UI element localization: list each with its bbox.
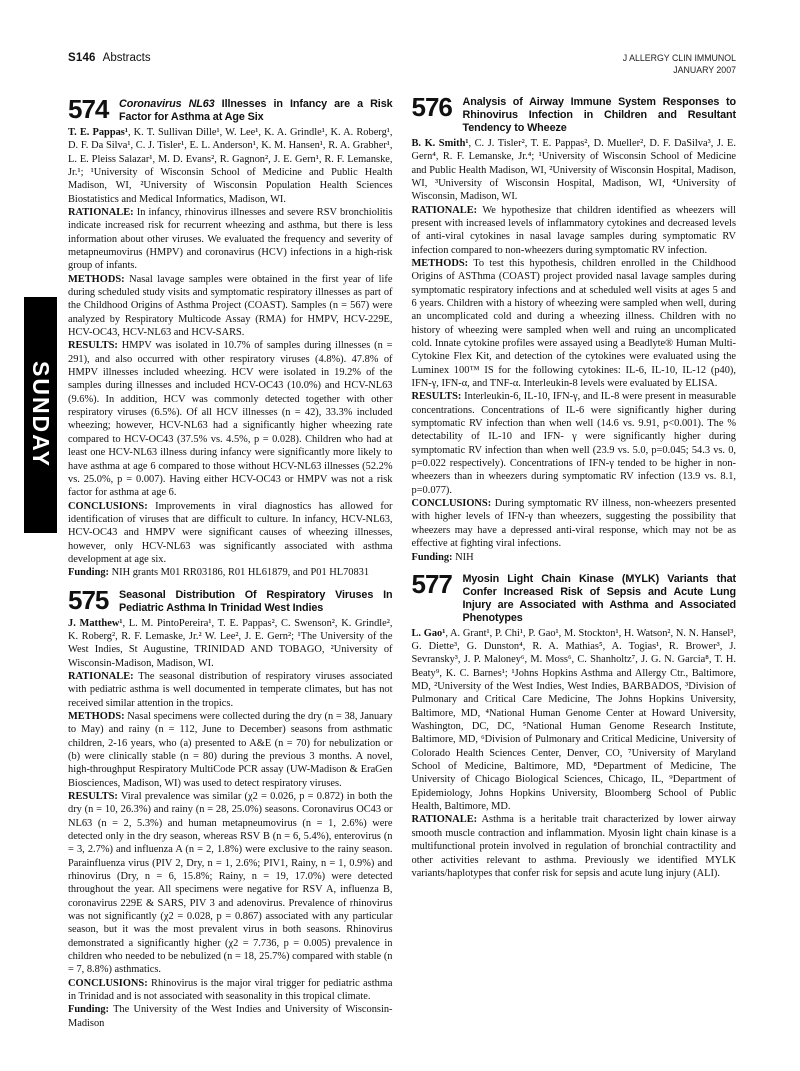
abstracts-columns: 574 Coronavirus NL63 Illnesses in Infanc…	[68, 95, 736, 1033]
abstract-authors: T. E. Pappas¹, K. T. Sullivan Dille¹, W.…	[68, 126, 393, 206]
journal-issue-date: JANUARY 2007	[623, 64, 736, 76]
running-head-right: J ALLERGY CLIN IMMUNOL JANUARY 2007	[623, 52, 736, 76]
authors-affiliations: , A. Grant¹, P. Chi¹, P. Gao¹, M. Stockt…	[412, 628, 737, 812]
paragraph-conclusions: CONCLUSIONS: Rhinovirus is the major vir…	[68, 977, 393, 1004]
abstract-authors: B. K. Smith¹, C. J. Tisler², T. E. Pappa…	[412, 137, 737, 204]
paragraph-results: RESULTS: Interleukin-6, IL-10, IFN-γ, an…	[412, 390, 737, 497]
abstract-number: 576	[412, 95, 456, 120]
paragraph-label: Funding:	[68, 1004, 109, 1015]
paragraph-funding: Funding: NIH	[412, 551, 737, 564]
day-tab: SUNDAY	[24, 297, 57, 533]
abstract-heading: 575 Seasonal Distribution Of Respiratory…	[68, 588, 393, 615]
paragraph-label: CONCLUSIONS:	[68, 978, 148, 989]
abstract-title: Myosin Light Chain Kinase (MYLK) Variant…	[463, 572, 737, 625]
paragraph-label: CONCLUSIONS:	[412, 498, 492, 509]
section-label: Abstracts	[103, 52, 151, 64]
paragraph-text: Nasal specimens were collected during th…	[68, 711, 393, 789]
paragraph-text: Viral prevalence was similar (χ2 = 0.026…	[68, 791, 393, 975]
abstract-heading: 574 Coronavirus NL63 Illnesses in Infanc…	[68, 97, 393, 124]
paragraph-label: Funding:	[68, 567, 109, 578]
abstract-title-rest: Myosin Light Chain Kinase (MYLK) Variant…	[463, 573, 737, 624]
paragraph-rationale: RATIONALE: Asthma is a heritable trait c…	[412, 813, 737, 880]
paragraph-conclusions: CONCLUSIONS: Improvements in viral diagn…	[68, 500, 393, 567]
paragraph-label: RATIONALE:	[412, 205, 478, 216]
paragraph-label: RATIONALE:	[68, 207, 134, 218]
paragraph-label: METHODS:	[68, 274, 125, 285]
paragraph-funding: Funding: The University of the West Indi…	[68, 1003, 393, 1030]
abstract-authors: J. Matthew¹, L. M. PintoPereira¹, T. E. …	[68, 617, 393, 670]
paragraph-rationale: RATIONALE: The seasonal distribution of …	[68, 670, 393, 710]
abstract-number: 574	[68, 97, 112, 122]
paragraph-funding: Funding: NIH grants M01 RR03186, R01 HL6…	[68, 566, 393, 579]
paragraph-label: RESULTS:	[68, 340, 118, 351]
first-author: T. E. Pappas¹	[68, 127, 128, 138]
paragraph-label: RESULTS:	[68, 791, 118, 802]
paragraph-results: RESULTS: HMPV was isolated in 10.7% of s…	[68, 339, 393, 499]
first-author: L. Gao¹	[412, 628, 446, 639]
paragraph-rationale: RATIONALE: In infancy, rhinovirus illnes…	[68, 206, 393, 273]
paragraph-methods: METHODS: To test this hypothesis, childr…	[412, 257, 737, 390]
journal-page: S146Abstracts J ALLERGY CLIN IMMUNOL JAN…	[0, 0, 800, 1071]
paragraph-label: METHODS:	[412, 258, 469, 269]
paragraph-label: Funding:	[412, 552, 453, 563]
abstract-heading: 576 Analysis of Airway Immune System Res…	[412, 95, 737, 135]
authors-affiliations: , K. T. Sullivan Dille¹, W. Lee¹, K. A. …	[68, 127, 393, 205]
first-author: J. Matthew¹	[68, 618, 122, 629]
paragraph-label: RATIONALE:	[68, 671, 134, 682]
paragraph-text: HMPV was isolated in 10.7% of samples du…	[68, 340, 393, 498]
abstract-576: 576 Analysis of Airway Immune System Res…	[412, 95, 737, 564]
abstract-heading: 577 Myosin Light Chain Kinase (MYLK) Var…	[412, 572, 737, 625]
paragraph-text: NIH	[455, 552, 473, 563]
paragraph-methods: METHODS: Nasal specimens were collected …	[68, 710, 393, 790]
running-head-left: S146Abstracts	[68, 52, 151, 64]
first-author: B. K. Smith¹	[412, 138, 469, 149]
paragraph-text: The University of the West Indies and Un…	[68, 1004, 393, 1028]
abstract-577: 577 Myosin Light Chain Kinase (MYLK) Var…	[412, 572, 737, 880]
paragraph-methods: METHODS: Nasal lavage samples were obtai…	[68, 273, 393, 340]
paragraph-text: NIH grants M01 RR03186, R01 HL61879, and…	[112, 567, 369, 578]
abstract-575: 575 Seasonal Distribution Of Respiratory…	[68, 588, 393, 1031]
running-head: S146Abstracts J ALLERGY CLIN IMMUNOL JAN…	[68, 52, 736, 76]
abstract-title-rest: Seasonal Distribution Of Respiratory Vir…	[119, 589, 393, 614]
journal-title: J ALLERGY CLIN IMMUNOL	[623, 52, 736, 64]
paragraph-label: RATIONALE:	[412, 814, 478, 825]
abstract-title: Seasonal Distribution Of Respiratory Vir…	[119, 588, 393, 615]
page-number: S146	[68, 52, 96, 64]
paragraph-results: RESULTS: Viral prevalence was similar (χ…	[68, 790, 393, 977]
abstract-title-rest: Analysis of Airway Immune System Respons…	[463, 96, 737, 134]
abstract-574: 574 Coronavirus NL63 Illnesses in Infanc…	[68, 97, 393, 580]
paragraph-text: To test this hypothesis, children enroll…	[412, 258, 737, 389]
abstract-title-italic: Coronavirus NL63	[119, 98, 215, 110]
paragraph-conclusions: CONCLUSIONS: During symptomatic RV illne…	[412, 497, 737, 550]
paragraph-rationale: RATIONALE: We hypothesize that children …	[412, 204, 737, 257]
abstract-title: Coronavirus NL63 Illnesses in Infancy ar…	[119, 97, 393, 124]
abstract-number: 577	[412, 572, 456, 597]
abstract-number: 575	[68, 588, 112, 613]
paragraph-text: Interleukin-6, IL-10, IFN-γ, and IL-8 we…	[412, 391, 737, 495]
paragraph-label: CONCLUSIONS:	[68, 501, 148, 512]
abstract-title: Analysis of Airway Immune System Respons…	[463, 95, 737, 135]
abstract-authors: L. Gao¹, A. Grant¹, P. Chi¹, P. Gao¹, M.…	[412, 627, 737, 814]
paragraph-label: RESULTS:	[412, 391, 462, 402]
paragraph-label: METHODS:	[68, 711, 125, 722]
day-tab-label: SUNDAY	[27, 361, 54, 468]
